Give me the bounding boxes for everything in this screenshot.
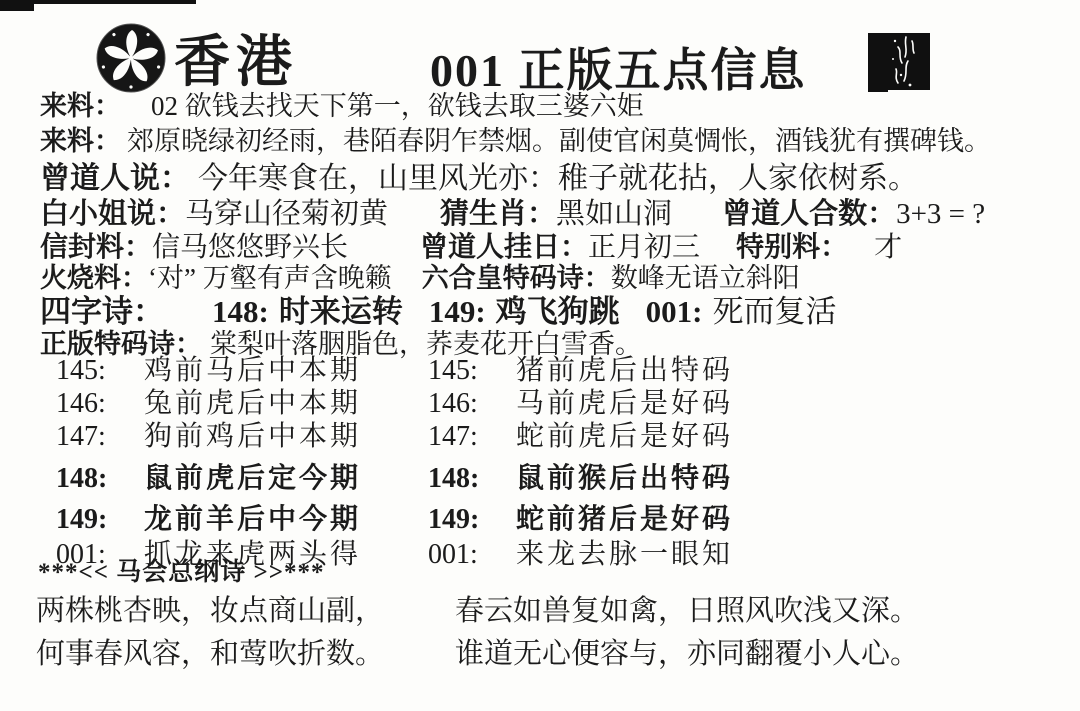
zodiac-hint: 狗前鸡后中本期 (144, 421, 361, 452)
zodiac-hint: 来龙去脉一眼知 (516, 539, 733, 570)
zodiac-hint: 马前虎后是好码 (516, 388, 733, 419)
poem-line: 何事春风容，和莺吹折数。 (36, 633, 384, 676)
issue-number: 148: (428, 462, 500, 495)
sum-value: 3+3 = ? (896, 198, 985, 230)
zodiac-hint: 鼠前猴后出特码 (516, 463, 733, 494)
zodiac-row: 149:蛇前猪后是好码 (428, 503, 733, 536)
zodiac-hint: 蛇前猪后是好码 (516, 504, 733, 535)
issue-number: 001: (646, 294, 703, 329)
issue-number: 146: (428, 387, 500, 420)
zodiac-hint: 龙前羊后中今期 (144, 504, 361, 535)
zodiac-row: 146:兔前虎后中本期 (56, 387, 361, 420)
ink-stamp-icon (868, 33, 930, 92)
issue-number: 001: (428, 538, 500, 571)
poem-right: 春云如兽复如禽，日照风吹浅又深。 谁道无心便容与，亦同翻覆小人心。 (455, 590, 919, 676)
issue-number: 147: (428, 420, 500, 453)
issue-number: 146: (56, 387, 128, 420)
zodiac-row: 145:鸡前马后中本期 (56, 354, 361, 387)
issue-number: 147: (56, 420, 128, 453)
tip-label: 来料： (40, 126, 121, 156)
issue-number: 145: (56, 354, 128, 387)
zodiac-hint: 蛇前虎后是好码 (516, 421, 733, 452)
poem-line: 谁道无心便容与，亦同翻覆小人心。 (455, 633, 919, 676)
poem-line: 春云如兽复如禽，日照风吹浅又深。 (455, 590, 919, 633)
zodiac-hint: 鼠前虎后定今期 (144, 463, 361, 494)
zodiac-row: 147:蛇前虎后是好码 (428, 420, 733, 453)
zodiac-row: 147:狗前鸡后中本期 (56, 420, 361, 453)
zodiac-row: 146:马前虎后是好码 (428, 387, 733, 420)
issue-number: 149: (428, 503, 500, 536)
issue-number: 145: (428, 354, 500, 387)
zodiac-column-left: 145:鸡前马后中本期 146:兔前虎后中本期 147:狗前鸡后中本期 148:… (56, 354, 361, 571)
poem-left: 两株桃杏映，妆点商山副， 何事春风容，和莺吹折数。 (36, 590, 384, 676)
zodiac-hint: 猪前虎后出特码 (516, 355, 733, 386)
lottery-info-sheet: 香港 001 正版五点信息 来料：02 欲钱去找天下第一，欲钱去取三婆六姖 来料… (0, 0, 1080, 711)
issue-number: 149: (56, 503, 128, 536)
zodiac-row: 148:鼠前虎后定今期 (56, 462, 361, 495)
scan-artifact-blob (0, 0, 34, 11)
tip-value: 郊原晓绿初经雨，巷陌春阴乍禁烟。副使官闲莫惆怅，酒钱犹有撰碑钱。 (127, 126, 991, 156)
four-char-value: 死而复活 (712, 294, 836, 329)
poem-line: 两株桃杏映，妆点商山副， (36, 590, 384, 633)
zodiac-row: 145:猪前虎后出特码 (428, 354, 733, 387)
zodiac-hint: 鸡前马后中本期 (144, 355, 361, 386)
general-outline-poem-title: ***<< 马会总纲诗 >>*** (38, 552, 324, 588)
zodiac-hint: 兔前虎后中本期 (144, 388, 361, 419)
issue-number: 148: (56, 462, 128, 495)
zodiac-row: 001:来龙去脉一眼知 (428, 538, 733, 571)
zodiac-column-right: 145:猪前虎后出特码 146:马前虎后是好码 147:蛇前虎后是好码 148:… (428, 354, 733, 571)
tip-label: 来料： (40, 91, 121, 121)
tip-value: 02 欲钱去找天下第一，欲钱去取三婆六姖 (151, 91, 644, 121)
zodiac-row: 149:龙前羊后中今期 (56, 503, 361, 536)
tip-line-laima-1: 来料：02 欲钱去找天下第一，欲钱去取三婆六姖 (40, 84, 644, 123)
special-value: 才 (874, 232, 902, 263)
zodiac-row: 148:鼠前猴后出特码 (428, 462, 733, 495)
